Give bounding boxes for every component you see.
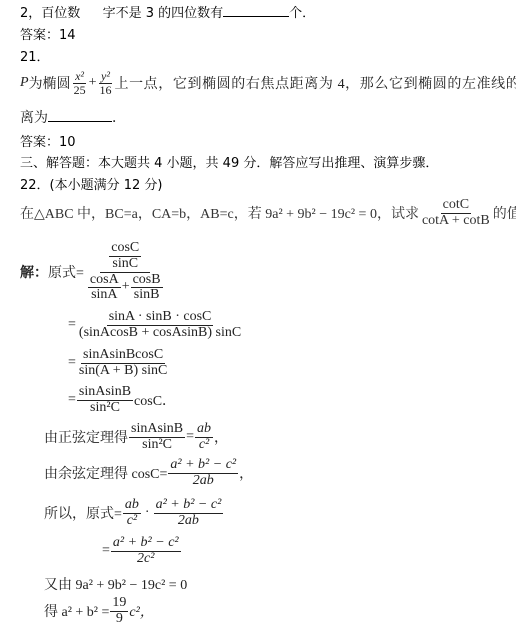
q20-suffix: 个． (289, 6, 315, 21)
question-20-line: 2，百位数 字不是 3 的四位数有个． (20, 2, 315, 21)
frac-num: cosC (109, 241, 141, 257)
frac-den: c² (125, 514, 139, 529)
cos-law-fraction: a² + b² − c² 2ab (168, 458, 238, 488)
q20-prefix: 2，百位数 (20, 6, 80, 21)
equals-sign: = (68, 392, 76, 408)
step2-fraction: sinA · sinB · cosC (sinAcosB + cosAsinB)… (77, 310, 243, 340)
point-p: P (20, 75, 29, 91)
solution-label: 解： (20, 262, 48, 282)
q21-line2-prefix: 离为 (20, 111, 48, 126)
frac-num: 19 (110, 596, 128, 612)
q21-problem-line2: 离为． (20, 107, 126, 127)
frac-den: (sinAcosB + cosAsinB) sinC (77, 326, 243, 341)
frac-num: cosA (88, 273, 121, 289)
ellipse-y-fraction: y² 16 (97, 70, 113, 96)
solution-step-3: = sinAsinBcosC sin(A + B) sinC (68, 346, 170, 380)
solution-step-1: 解： 原式= cosC sinC cosA sinA + cosB sinB (20, 240, 167, 304)
equals-sign: = (186, 429, 194, 445)
q22-problem-text: 在△ABC 中，BC=a，CA=b，AB=c，若 9a² + 9b² − 19c… (20, 203, 419, 223)
frac-den: sinB (132, 288, 162, 303)
frac-num: a² + b² − c² (168, 458, 238, 474)
frac-num: sinAsinB (77, 385, 133, 401)
sine-law-lhs: sinAsinB sin²C (129, 422, 185, 452)
original-expr-label: 原式= (48, 262, 84, 282)
frac-den: sinA (89, 288, 119, 303)
so-prefix: 所以，原式= (44, 503, 122, 523)
sine-law-rhs: ab c² (195, 422, 213, 452)
multiply-dot: · (145, 505, 150, 521)
step3-fraction: sinAsinBcosC sin(A + B) sinC (77, 348, 169, 378)
result-fraction: a² + b² − c² 2c² (111, 536, 181, 566)
plus-sign: + (89, 75, 97, 91)
cosC-over-sinC: cosC sinC (109, 241, 141, 271)
frac-num: ab (123, 498, 141, 514)
frac-den: 2ab (176, 514, 201, 529)
section-3-heading: 三、解答题：本大题共 4 小题，共 49 分．解答应写出推理、演算步骤． (20, 152, 438, 171)
get-prefix: 得 a² + b² = (44, 601, 109, 621)
compound-fraction: cosC sinC cosA sinA + cosB sinB (85, 241, 166, 303)
q22-problem: 在△ABC 中，BC=a，CA=b，AB=c，若 9a² + 9b² − 19c… (20, 196, 516, 230)
frac-num: sinA · sinB · cosC (107, 310, 214, 326)
plus-sign: + (122, 280, 130, 295)
cosB-over-sinB: cosB sinB (131, 273, 163, 303)
frac-num: sinAsinBcosC (81, 348, 165, 364)
frac-den: 2c² (135, 552, 156, 567)
frac-den: sinC (110, 257, 140, 272)
cos-law-prefix: 由余弦定理得 cosC= (44, 463, 167, 483)
answer-blank (223, 16, 289, 17)
solution-step-4: = sinAsinB sin²C cosC． (68, 383, 176, 417)
frac-num: sinAsinB (129, 422, 185, 438)
frac-num: x² (73, 70, 86, 84)
get-suffix: c²， (129, 601, 153, 621)
step4-fraction: sinAsinB sin²C (77, 385, 133, 415)
q20-answer: 答案：14 (20, 24, 76, 43)
ab-over-c2: ab c² (123, 498, 141, 528)
frac-num: cotC (441, 198, 471, 214)
equals-sign: = (68, 355, 76, 371)
q20-middle: 字不是 3 的四位数有 (103, 6, 224, 21)
frac-den: 2ab (191, 474, 216, 489)
q21-text-c: 上一点，它到椭圆的右焦点距离为 4，那么它到椭圆的左准线的距 (114, 73, 516, 93)
frac-num: cosB (131, 273, 163, 289)
equals-sign: = (68, 317, 76, 333)
get-line: 得 a² + b² = 19 9 c²， (44, 594, 154, 628)
frac-den: 16 (97, 84, 113, 97)
sine-law-line: 由正弦定理得 sinAsinB sin²C = ab c² ， (44, 420, 228, 454)
cosA-over-sinA: cosA sinA (88, 273, 121, 303)
frac-num: ab (195, 422, 213, 438)
compound-num: cosC sinC (100, 241, 150, 272)
cosine-law-line: 由余弦定理得 cosC= a² + b² − c² 2ab ， (44, 456, 253, 490)
q21-line2-suffix: ． (112, 111, 126, 126)
frac-den: sin²C (140, 438, 174, 453)
frac-num: y² (99, 70, 112, 84)
compound-den: cosA sinA + cosB sinB (85, 273, 166, 303)
frac-den: 25 (72, 84, 88, 97)
solution-step-2: = sinA · sinB · cosC (sinAcosB + cosAsin… (68, 308, 244, 342)
sine-law-prefix: 由正弦定理得 (44, 427, 128, 447)
nineteen-ninths: 19 9 (110, 596, 128, 626)
result-line: = a² + b² − c² 2c² (102, 534, 182, 568)
answer-blank (48, 121, 112, 122)
frac-num: a² + b² − c² (111, 536, 181, 552)
sine-law-suffix: ， (214, 427, 228, 447)
cos-law-fraction-2: a² + b² − c² 2ab (154, 498, 224, 528)
therefore-line: 所以，原式= ab c² · a² + b² − c² 2ab (44, 496, 224, 530)
q21-problem-line1: P 为椭圆 x² 25 + y² 16 上一点，它到椭圆的右焦点距离为 4，那么… (20, 70, 516, 96)
equals-sign: = (102, 543, 110, 559)
q21-answer: 答案：10 (20, 131, 76, 150)
frac-den: cotA + cotB (420, 214, 492, 229)
ellipse-x-fraction: x² 25 (72, 70, 88, 96)
also-line: 又由 9a² + 9b² − 19c² = 0 (44, 574, 187, 594)
q21-text-b: 为椭圆 (29, 73, 71, 93)
cos-law-suffix: ， (239, 463, 253, 483)
q21-number: 21． (20, 46, 50, 65)
step4-suffix: cosC． (134, 390, 176, 410)
frac-num: a² + b² − c² (154, 498, 224, 514)
frac-den: 9 (114, 612, 125, 627)
frac-den: sin²C (88, 401, 122, 416)
q22-problem-suffix: 的值． (493, 203, 516, 223)
frac-den: c² (197, 438, 211, 453)
cot-fraction: cotC cotA + cotB (420, 198, 492, 228)
q22-number: 22．(本小题满分 12 分) (20, 174, 163, 193)
frac-den: sin(A + B) sinC (77, 364, 169, 379)
